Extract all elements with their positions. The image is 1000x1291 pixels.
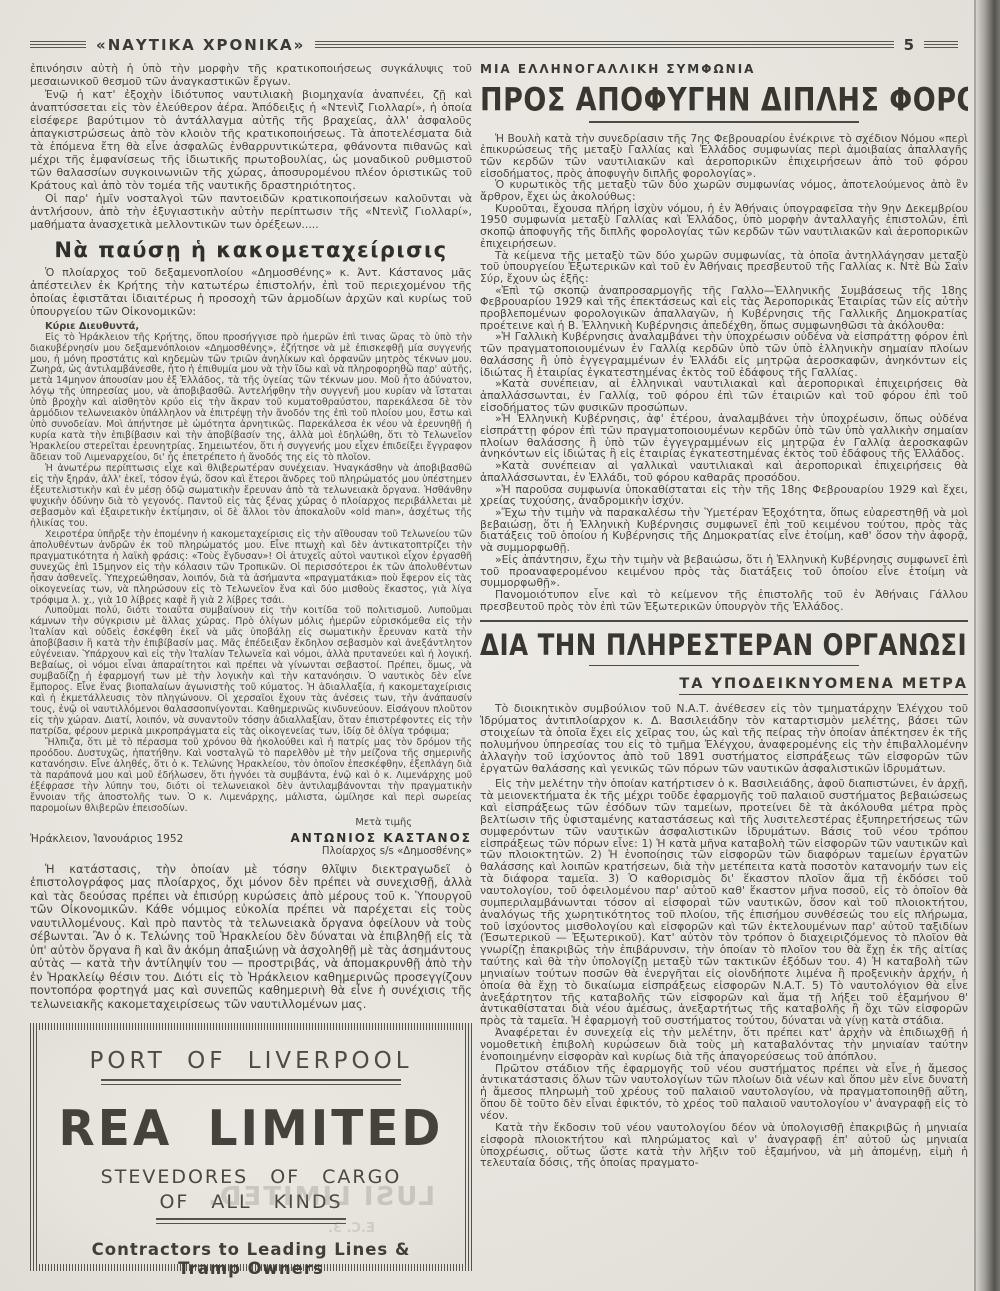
paragraph: ἐπινόησιν αὐτὴ ἡ ὑπὸ τὴν μορφὴν τῆς κρατ… (30, 62, 472, 88)
double-rule (101, 1079, 401, 1085)
bleed-through-ghost-text: LUSI LIMITED. (206, 1182, 435, 1212)
scanned-newspaper-page: «ΝΑΥΤΙΚΑ ΧΡΟΝΙΚΑ» 5 ἐπινόησιν αὐτὴ ἡ ὑπὸ… (0, 0, 1000, 1291)
paragraph: Χειροτέρα ὑπῆρξε τὴν ἑπομένην ἡ κακομετα… (30, 530, 472, 607)
paragraph: Τὰ κείμενα τῆς μεταξὺ τῶν δύο χωρῶν συμφ… (480, 250, 968, 285)
article-headline: Νὰ παύσῃ ἡ κακομεταχείρισις (30, 238, 472, 262)
double-rule (156, 1218, 346, 1224)
article1-headline: ΠΡΟΣ ΑΠΟΦΥΓΗΝ ΔΙΠΛΗΣ ΦΟΡΟΛΟΓΙΑΣ (480, 82, 968, 119)
signature-title: Πλοίαρχος s/s «Δημοσθένης» (30, 846, 472, 857)
paragraph: «Ἐπὶ τῷ σκοπῷ ἀναπροσαρμογῆς τῆς Γαλλο—Ἑ… (480, 285, 968, 332)
right-column: ΜΙΑ ΕΛΛΗΝΟΓΑΛΛΙΚΗ ΣΥΜΦΩΝΙΑ ΠΡΟΣ ΑΠΟΦΥΓΗΝ… (480, 62, 968, 1262)
signature-name: ΑΝΤΩΝΙΟΣ ΚΑΣΤΑΝΟΣ (291, 831, 473, 845)
letter-body: Εἰς τὸ Ἡράκλειον τῆς Κρήτης, ὅπου προσήγ… (30, 333, 472, 815)
paragraph: Ὁ πλοίαρχος τοῦ δεξαμενοπλοίου «Δημοσθέν… (30, 267, 472, 319)
bleed-through-ghost-text: E.C. 3. (328, 1221, 375, 1236)
opening-paragraphs: ἐπινόησιν αὐτὴ ἡ ὑπὸ τὴν μορφὴν τῆς κρατ… (30, 62, 472, 231)
paragraph: Πανομοιότυπον εἶνε καὶ τὸ κείμενον τῆς ἐ… (480, 589, 968, 612)
paragraph: Εἰς τὴν μελέτην τὴν ὁποίαν κατήρτισεν ὁ … (480, 778, 968, 1027)
paragraph: Ἡ Βουλὴ κατὰ τὴν συνεδρίασιν τῆς 7ης Φεβ… (480, 133, 968, 180)
letter-dateline: Ἡράκλειον, Ἰανουάριος 1952 (30, 833, 183, 845)
paragraph: Ὁ κυρωτικὸς τῆς μεταξὺ τῶν δύο χωρῶν συμ… (480, 179, 968, 202)
article-divider-rule (480, 620, 968, 622)
paragraph: Πρῶτον στάδιον τῆς ἐφαρμογῆς τοῦ νέου συ… (480, 1063, 968, 1122)
letter-closing: Μετὰ τιμῆς (30, 817, 472, 828)
paragraph: Τὸ διοικητικὸν συμβούλιον τοῦ Ν.Α.Τ. ἀνέ… (480, 703, 968, 774)
paragraph: »Ἔχω τὴν τιμὴν νὰ παρακαλέσω τὴν Ὑμετέρα… (480, 507, 968, 554)
paragraph: Κυροῦται, ἔχουσα πλήρη ἰσχὺν νόμου, ἡ ἐν… (480, 203, 968, 250)
advertisement-content: PORT OF LIVERPOOL REA LIMITED STEVEDORES… (37, 1030, 465, 1264)
article2-headline: ΔΙΑ ΤΗΝ ΠΛΗΡΕΣΤΕΡΑΝ ΟΡΓΑΝΩΣΙΝ ΤΟΥ Ν.Α.Τ. (480, 628, 968, 662)
article1-body: Ἡ Βουλὴ κατὰ τὴν συνεδρίασιν τῆς 7ης Φεβ… (480, 133, 968, 613)
article2-subhead: ΤΑ ΥΠΟΔΕΙΚΝΥΟΜΕΝΑ ΜΕΤΡΑ (679, 676, 968, 695)
paragraph: »Ἡ Γαλλικὴ Κυβέρνησις ἀναλαμβάνει τὴν ὑπ… (480, 331, 968, 378)
paragraph: »Κατὰ συνέπειαν, αἱ ἑλληνικαὶ ναυτιλιακα… (480, 378, 968, 413)
left-column: ἐπινόησιν αὐτὴ ἡ ὑπὸ τὴν μορφὴν τῆς κρατ… (30, 62, 472, 1286)
article2-subhead-row: ΤΑ ΥΠΟΔΕΙΚΝΥΟΜΕΝΑ ΜΕΤΡΑ (480, 676, 968, 695)
paragraph: »Κατὰ συνέπειαν αἱ γαλλικαὶ ναυτιλιακαὶ … (480, 460, 968, 483)
paragraph: Οἱ παρ' ἡμῖν νοσταλγοὶ τῶν παντοειδῶν κρ… (30, 192, 472, 231)
header-rule-left (30, 41, 86, 49)
header-rule-right (924, 41, 958, 49)
header-rule-middle (315, 41, 893, 49)
masthead-title: «ΝΑΥΤΙΚΑ ΧΡΟΝΙΚΑ» (96, 36, 305, 54)
ad-port-of-liverpool: PORT OF LIVERPOOL (37, 1030, 465, 1074)
paragraph: »Ἡ παροῦσα συμφωνία ὑποκαθίσταται εἰς τὴ… (480, 484, 968, 507)
scan-spine-shadow (974, 0, 1000, 1291)
letter-salutation: Κύριε Διευθυντά, (30, 321, 472, 332)
headline-underline (589, 121, 859, 123)
article1-kicker: ΜΙΑ ΕΛΛΗΝΟΓΑΛΛΙΚΗ ΣΥΜΦΩΝΙΑ (480, 62, 968, 76)
ad-tramp-owners-line: Tramp Owners (37, 1259, 465, 1278)
ad-company-name: REA LIMITED (37, 1100, 465, 1158)
paragraph: Εἰς τὸ Ἡράκλειον τῆς Κρήτης, ὅπου προσήγ… (30, 333, 472, 464)
signature-row: Ἡράκλειον, Ἰανουάριος 1952 ΑΝΤΩΝΙΟΣ ΚΑΣΤ… (30, 831, 472, 845)
editorial-comment: Ἡ κατάστασις, τὴν ὁποίαν μὲ τόσην θλῖψιν… (30, 863, 472, 1012)
paragraph: Ἐνῷ ἡ κατ' ἐξοχὴν ἰδιότυπος ναυτιλιακὴ β… (30, 88, 472, 192)
headline-underline (589, 665, 859, 667)
page-number: 5 (904, 36, 914, 54)
paragraph: Ἡ κατάστασις, τὴν ὁποίαν μὲ τόσην θλῖψιν… (30, 863, 472, 1012)
paragraph: Ἡ ἀνωτέρω περίπτωσις εἶχε καὶ θλιβερωτέρ… (30, 464, 472, 530)
paragraph: »Ἡ Ἑλληνικὴ Κυβέρνησις, ἀφ' ἑτέρου, ἀναλ… (480, 413, 968, 460)
paragraph: Κατὰ τὴν ἔκδοσιν τοῦ νέου ναυτολογίου δέ… (480, 1122, 968, 1169)
advertisement-rea-limited: PORT OF LIVERPOOL REA LIMITED STEVEDORES… (30, 1023, 472, 1271)
paragraph: Ἤλπιζα, ὅτι μὲ τὸ πέρασμα τοῦ χρόνου θὰ … (30, 738, 472, 815)
page-header: «ΝΑΥΤΙΚΑ ΧΡΟΝΙΚΑ» 5 (30, 36, 958, 54)
paragraph: Ἀναφέρεται ἐν συνεχείᾳ εἰς τὴν μελέτην, … (480, 1027, 968, 1063)
paragraph: Λυποῦμαι πολύ, διότι τοιαῦτα συμβαίνουν … (30, 606, 472, 737)
article-intro: Ὁ πλοίαρχος τοῦ δεξαμενοπλοίου «Δημοσθέν… (30, 267, 472, 319)
ad-contractors-line: Contractors to Leading Lines & (37, 1240, 465, 1259)
paragraph: »Εἰς ἀπάντησιν, ἔχω τὴν τιμὴν νὰ βεβαιώσ… (480, 554, 968, 589)
article2-body: Τὸ διοικητικὸν συμβούλιον τοῦ Ν.Α.Τ. ἀνέ… (480, 703, 968, 1169)
